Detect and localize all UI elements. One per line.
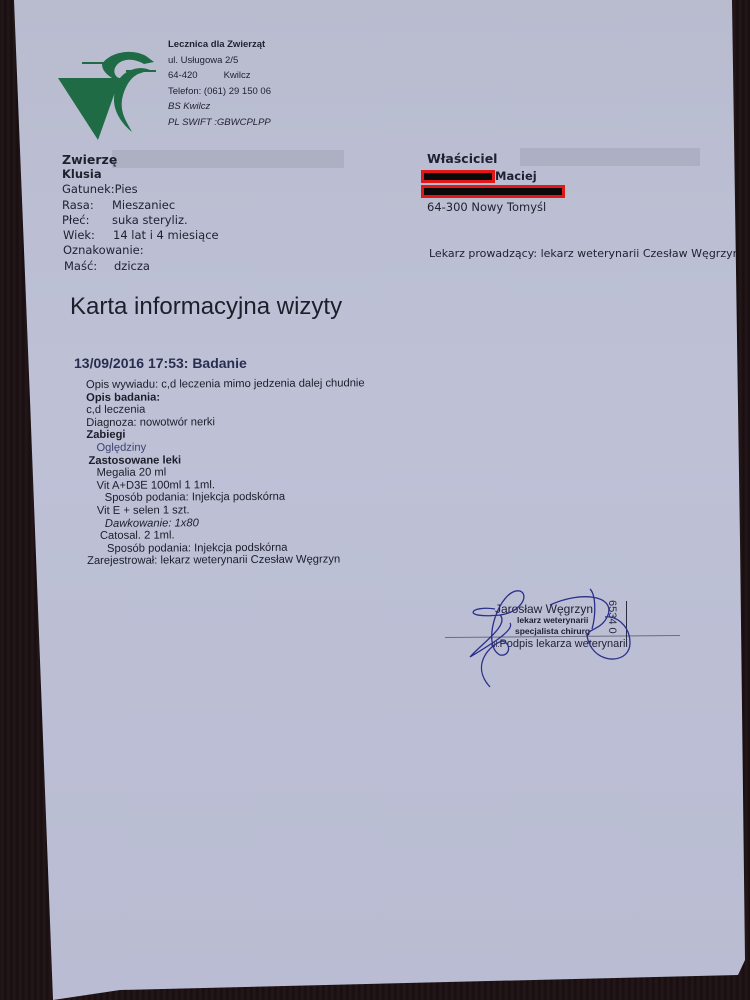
visit-details: Opis wywiadu: c,d leczenia mimo jedzenia… xyxy=(86,377,366,568)
clinic-swift: PL SWIFT :GBWCPLPP xyxy=(168,115,271,131)
clinic-street: ul. Usługowa 2/5 xyxy=(168,53,271,69)
document-page: Lecznica dla Zwierząt ul. Usługowa 2/5 6… xyxy=(0,0,750,1000)
clinic-name: Lecznica dla Zwierząt xyxy=(168,37,271,53)
animal-header-bar xyxy=(112,150,344,168)
species-label: Gatunek: xyxy=(62,182,115,196)
clinic-letterhead: Lecznica dla Zwierząt ul. Usługowa 2/5 6… xyxy=(168,37,271,130)
sex-label: Płeć: xyxy=(62,213,112,228)
owner-city: 64-300 Nowy Tomyśl xyxy=(427,199,565,215)
clinic-phone: Telefon: (061) 29 150 06 xyxy=(168,84,271,100)
sex-value: suka steryliz. xyxy=(112,213,188,227)
history: Opis wywiadu: c,d leczenia mimo jedzenia… xyxy=(86,377,365,391)
coat-color-label: Maść: xyxy=(64,259,114,274)
clinic-postal-code: 64-420 xyxy=(168,70,198,81)
breed-label: Rasa: xyxy=(62,198,112,213)
document-title: Karta informacyjna wizyty xyxy=(70,293,342,321)
species-value: Pies xyxy=(115,182,138,196)
stylized-v-bird-logo-icon xyxy=(58,44,158,140)
clinic-city: Kwilcz xyxy=(224,70,251,81)
registered-by: Zarejestrował: lekarz weterynarii Czesła… xyxy=(87,554,366,568)
age-label: Wiek: xyxy=(63,228,113,243)
owner-details: Maciej 64-300 Nowy Tomyśl xyxy=(427,168,565,215)
handwritten-signature xyxy=(440,585,690,695)
animal-section-title: Zwierzę xyxy=(62,152,117,167)
visit-header: 13/09/2016 17:53: Badanie xyxy=(74,355,247,371)
owner-surname-redaction xyxy=(421,170,495,183)
attending-vet: Lekarz prowadzący: lekarz weterynarii Cz… xyxy=(429,247,740,260)
age-value: 14 lat i 4 miesiące xyxy=(113,228,219,242)
owner-address-redaction xyxy=(421,185,565,198)
coat-color-value: dzicza xyxy=(114,259,150,273)
clinic-bank: BS Kwilcz xyxy=(168,99,271,115)
marking-label: Oznakowanie: xyxy=(63,243,144,257)
breed-value: Mieszaniec xyxy=(112,198,175,212)
owner-section-title: Właściciel xyxy=(427,151,497,166)
animal-name: Klusia xyxy=(62,167,219,182)
animal-details: Klusia Gatunek:Pies Rasa:Mieszaniec Płeć… xyxy=(62,167,219,274)
owner-first-name: Maciej xyxy=(495,169,537,183)
owner-header-bar xyxy=(520,148,700,166)
